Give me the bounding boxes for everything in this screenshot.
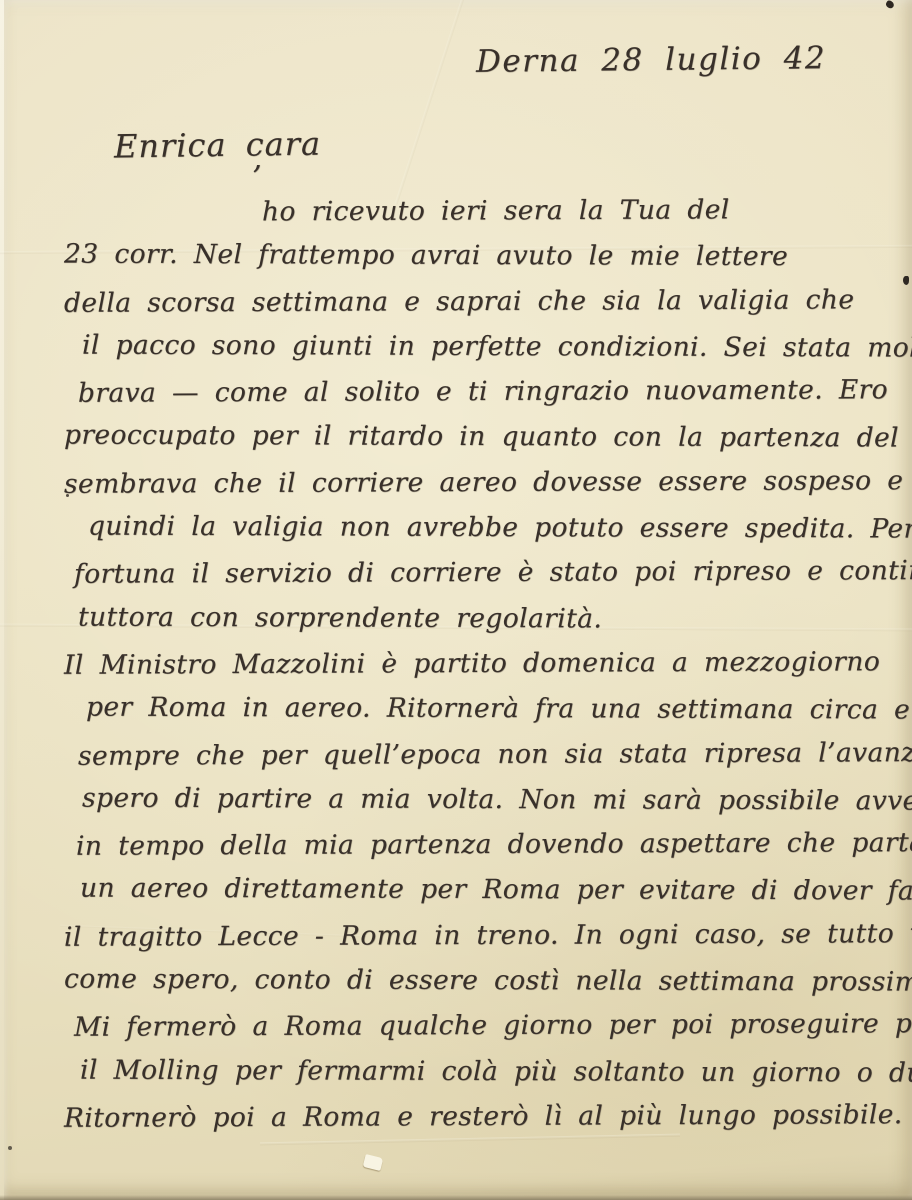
letter-line: un aereo direttamente per Roma per evita… bbox=[80, 868, 888, 916]
letter-line: brava — come al solito e ti ringrazio nu… bbox=[78, 369, 888, 418]
letter-date: Derna 28 luglio 42 bbox=[476, 40, 826, 80]
letter-line: sempre che per quell’epoca non sia stata… bbox=[78, 732, 888, 781]
letter-line: Il Ministro Mazzolini è partito domenica… bbox=[64, 641, 888, 690]
ink-speck bbox=[903, 276, 909, 285]
paper-tear-chip bbox=[363, 1154, 384, 1171]
ink-speck bbox=[885, 0, 895, 10]
letter-line: in tempo della mia partenza dovendo aspe… bbox=[76, 822, 888, 871]
letter-page: Derna 28 luglio 42 Enrica cara ’ ho rice… bbox=[0, 0, 912, 1200]
letter-line: Mi fermerò a Roma qualche giorno per poi… bbox=[74, 1004, 888, 1053]
letter-salutation: Enrica cara bbox=[114, 125, 322, 166]
letter-line: spero di partire a mia volta. Non mi sar… bbox=[82, 777, 888, 825]
letter-line: il pacco sono giunti in perfette condizi… bbox=[82, 324, 888, 372]
paper-edge-left bbox=[0, 0, 4, 1200]
letter-body: ho ricevuto ieri sera la Tua del 23 corr… bbox=[64, 190, 888, 1141]
paper-crease bbox=[395, 0, 469, 205]
letter-line: come spero, conto di essere costì nella … bbox=[64, 959, 888, 1007]
letter-line: preoccupato per il ritardo in quanto con… bbox=[64, 415, 888, 463]
letter-line: della scorsa settimana e saprai che sia … bbox=[64, 279, 888, 328]
letter-line: quindi la valigia non avrebbe potuto ess… bbox=[88, 506, 888, 554]
letter-line: 23 corr. Nel frattempo avrai avuto le mi… bbox=[64, 234, 888, 282]
letter-line: il tragitto Lecce - Roma in treno. In og… bbox=[64, 913, 888, 962]
letter-line: fortuna il servizio di corriere è stato … bbox=[74, 551, 888, 600]
letter-line: ho ricevuto ieri sera la Tua del bbox=[262, 189, 888, 237]
letter-line: sembrava che il corriere aereo dovesse e… bbox=[64, 460, 888, 509]
paper-edge-bottom bbox=[0, 1195, 912, 1200]
letter-line: Ritornerò poi a Roma e resterò lì al più… bbox=[64, 1094, 888, 1143]
ink-speck bbox=[8, 1146, 12, 1150]
letter-line: il Molling per fermarmi colà più soltant… bbox=[80, 1049, 888, 1097]
letter-line: per Roma in aereo. Ritornerà fra una set… bbox=[86, 687, 888, 735]
letter-line: tuttora con sorprendente regolarità. bbox=[78, 596, 888, 644]
